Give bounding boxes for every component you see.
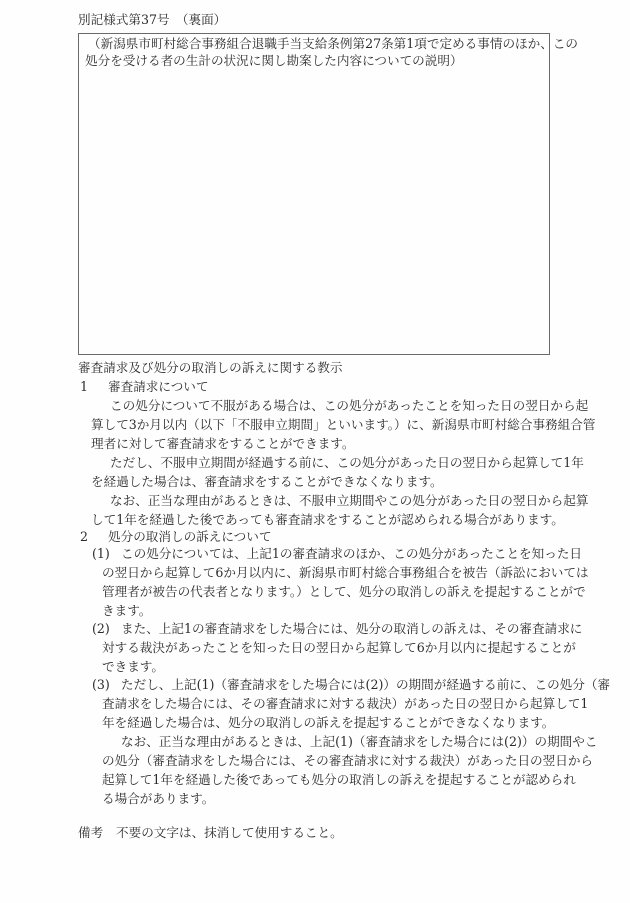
- section1-line: ただし、不服申立期間が経過する前に、この処分があった日の翌日から起算して1年: [110, 455, 584, 471]
- item3-line: 起算して1年を経過した後であっても処分の取消しの訴えを提起することが認められ: [102, 772, 576, 788]
- explanation-box-line: （新潟県市町村総合事務組合退職手当支給条例第27条第1項で定める事情のほか、この: [88, 36, 578, 52]
- item1-line: この処分については、上記1の審査請求のほか、この処分があったことを知った日: [121, 546, 582, 562]
- remarks-label: 備考: [78, 825, 103, 841]
- item3-line: の処分（審査請求をした場合には、その審査請求に対する裁決）があった日の翌日から: [102, 753, 593, 769]
- section1-line: を経過した場合は、審査請求をすることができなくなります。: [91, 474, 443, 490]
- section1-heading: 審査請求について: [108, 379, 209, 395]
- item3-line: 年を経過した場合は、処分の取消しの訴えを提起することができなくなります。: [102, 715, 554, 731]
- explanation-box-line: 処分を受ける者の生計の状況に関し勘案した内容についての説明）: [85, 53, 463, 69]
- form-header: 別記様式第37号 （裏面）: [78, 12, 226, 28]
- item1-label: (1): [92, 546, 110, 562]
- item3-label: (3): [92, 677, 110, 693]
- section1-line: 算して3か月以内（以下「不服申立期間」といいます。）に、新潟県市町村総合事務組合…: [91, 417, 595, 433]
- remarks-text: 不要の文字は、抹消して使用すること。: [116, 825, 343, 841]
- section1-line: この処分について不服がある場合は、この処分があったことを知った日の翌日から起: [110, 398, 588, 414]
- item3-line: ただし、上記(1)（審査請求をした場合には(2)）の期間が経過する前に、この処分…: [121, 677, 610, 693]
- section1-line: して1年を経過した後であっても審査請求をすることが認められる場合があります。: [91, 512, 564, 528]
- section2-heading: 処分の取消しの訴えについて: [108, 529, 271, 545]
- item1-line: の翌日から起算して6か月以内に、新潟県市町村総合事務組合を被告（訴訟においては: [102, 565, 589, 581]
- notice-title: 審査請求及び処分の取消しの訴えに関する教示: [78, 360, 342, 376]
- item3-line: 査請求をした場合には、その審査請求に対する裁決）があった日の翌日から起算して1: [102, 696, 588, 712]
- section1-line: 理者に対して審査請求をすることができます。: [91, 436, 354, 452]
- item2-label: (2): [92, 621, 110, 637]
- item2-line: また、上記1の審査請求をした場合には、処分の取消しの訴えは、その審査請求に: [121, 621, 582, 637]
- section1-line: なお、正当な理由があるときは、不服申立期間やこの処分があった日の翌日から起算: [110, 493, 588, 509]
- item3-line: る場合があります。: [102, 791, 214, 807]
- item1-line: 管理者が被告の代表者となります。）として、処分の取消しの訴えを提起することがで: [102, 584, 586, 600]
- item2-line: できます。: [102, 659, 164, 675]
- section1-number: 1: [80, 379, 88, 395]
- item1-line: きます。: [102, 603, 151, 619]
- item3-line: なお、正当な理由があるときは、上記(1)（審査請求をした場合には(2)）の期間や…: [121, 734, 597, 750]
- section2-number: 2: [80, 529, 88, 545]
- item2-line: 対する裁決があったことを知った日の翌日から起算して6か月以内に提起することが: [102, 640, 576, 656]
- explanation-box: [78, 33, 550, 355]
